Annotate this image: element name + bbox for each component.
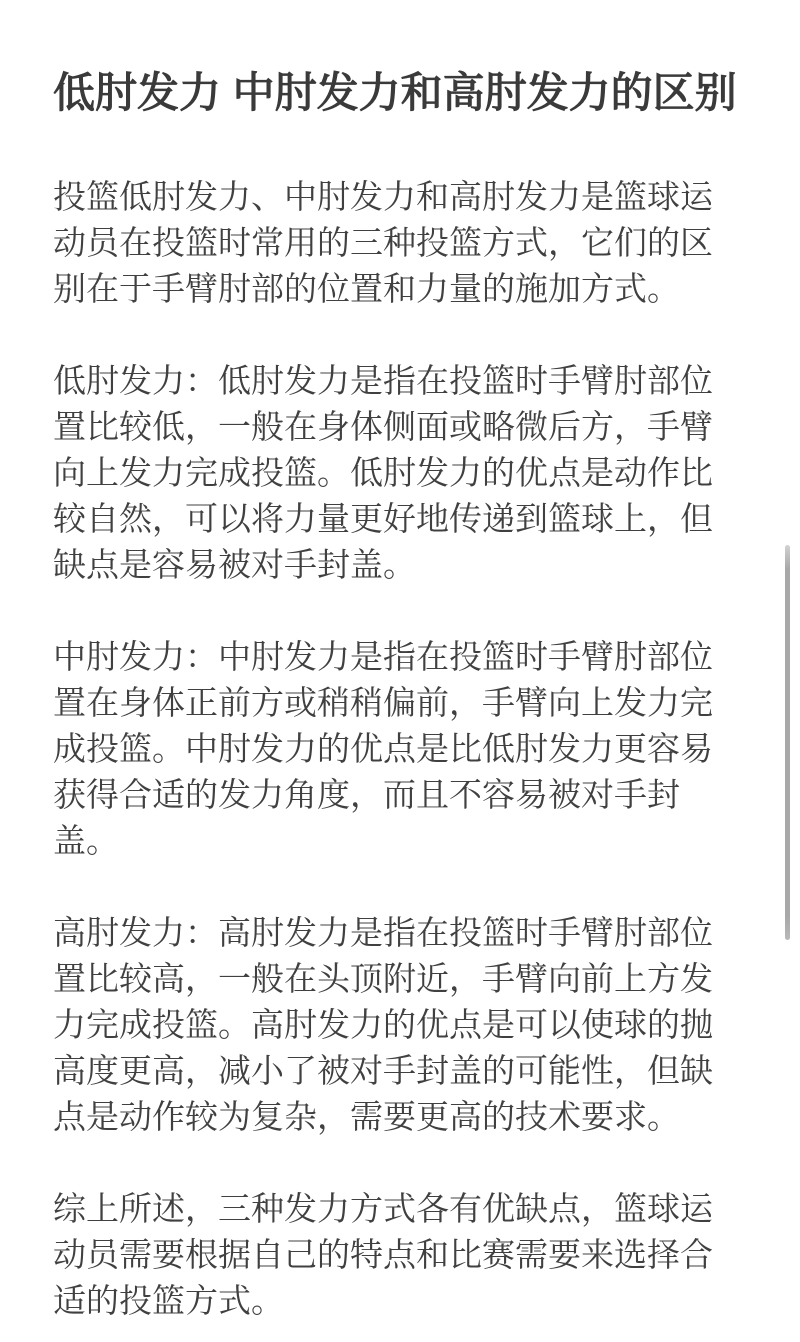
page-title: 低肘发力 中肘发力和高肘发力的区别 — [53, 68, 745, 118]
paragraph-mid-elbow: 中肘发力：中肘发力是指在投篮时手臂肘部位置在身体正前方或稍稍偏前，手臂向上发力完… — [53, 634, 745, 864]
paragraph-summary: 综上所述，三种发力方式各有优缺点，篮球运动员需要根据自己的特点和比赛需要来选择合… — [53, 1186, 745, 1324]
scrollbar-thumb[interactable] — [785, 545, 790, 940]
article-body: 低肘发力 中肘发力和高肘发力的区别 投篮低肘发力、中肘发力和高肘发力是篮球运动员… — [53, 68, 745, 1324]
paragraph-high-elbow: 高肘发力：高肘发力是指在投篮时手臂肘部位置比较高，一般在头顶附近，手臂向前上方发… — [53, 910, 745, 1140]
paragraph-low-elbow: 低肘发力：低肘发力是指在投篮时手臂肘部位置比较低，一般在身体侧面或略微后方，手臂… — [53, 358, 745, 588]
paragraph-intro: 投篮低肘发力、中肘发力和高肘发力是篮球运动员在投篮时常用的三种投篮方式，它们的区… — [53, 174, 745, 312]
